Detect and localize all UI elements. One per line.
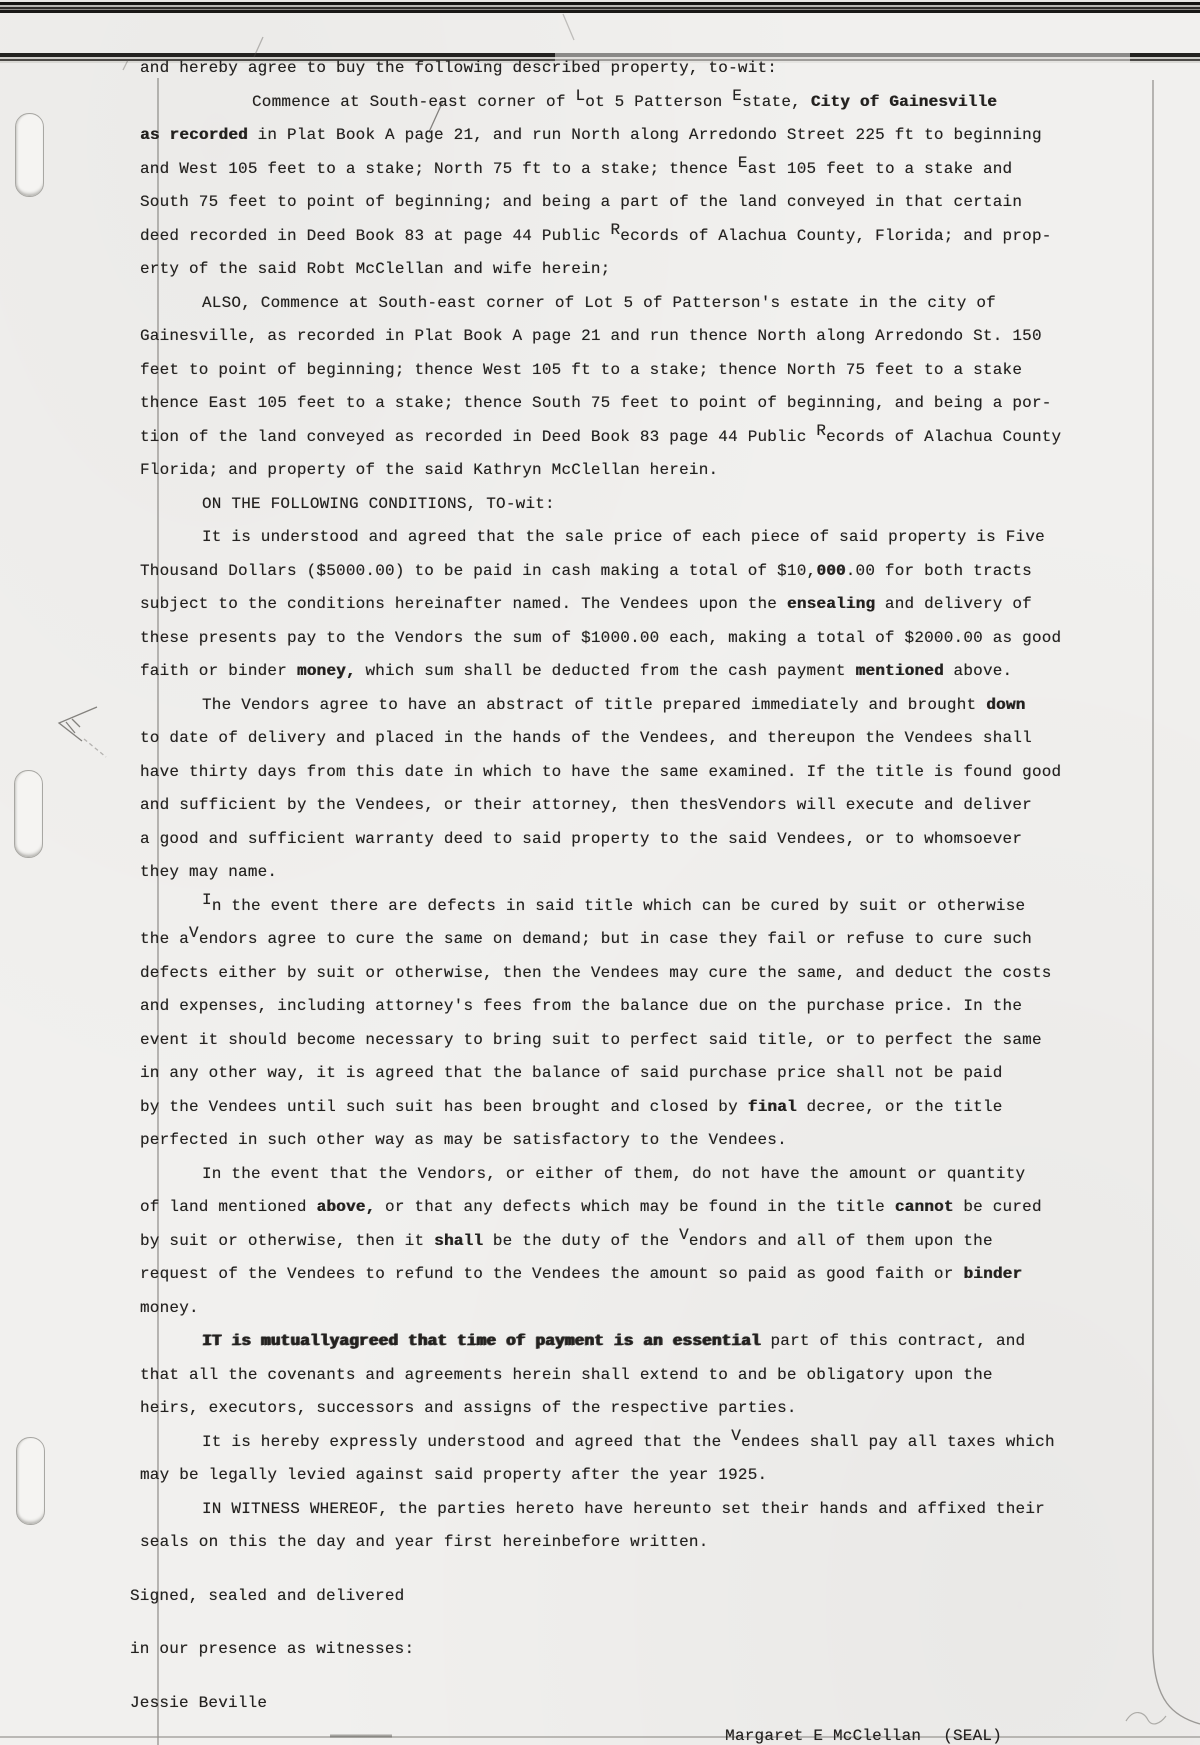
document-line: tion of the land conveyed as recorded in… [130, 421, 1050, 455]
punch-hole-bottom [16, 1437, 45, 1525]
document-line: and West 105 feet to a stake; North 75 f… [130, 153, 1050, 187]
document-line: Gainesville, as recorded in Plat Book A … [130, 320, 1050, 354]
document-line: The Vendors agree to have an abstract of… [130, 689, 1050, 723]
document-line: event it should become necessary to brin… [130, 1024, 1050, 1058]
signature-flourish-mark [1126, 1713, 1166, 1724]
party-signature-name: Margaret E McClellan [725, 1727, 921, 1745]
document-line: by the Vendees until such suit has been … [130, 1091, 1050, 1125]
document-line: Commence at South-east corner of Lot 5 P… [130, 86, 1050, 120]
document-line: It is hereby expressly understood and ag… [130, 1426, 1050, 1460]
party-signature: Margaret E McClellan(SEAL) [647, 1687, 1002, 1721]
document-line: seals on this the day and year first her… [130, 1526, 1050, 1560]
document-line: Florida; and property of the said Kathry… [130, 454, 1050, 488]
witness-signature: Jessie Beville [130, 1687, 267, 1721]
document-line: and sufficient by the Vendees, or their … [130, 789, 1050, 823]
document-line: in our presence as witnesses: [130, 1633, 1050, 1667]
right-margin-rule [1153, 80, 1200, 1724]
document-line: ALSO, Commence at South-east corner of L… [130, 287, 1050, 321]
document-line: heirs, executors, successors and assigns… [130, 1392, 1050, 1426]
document-line: and hereby agree to buy the following de… [130, 52, 1050, 86]
document-line: In the event that the Vendors, or either… [130, 1158, 1050, 1192]
seal-label: (SEAL) [943, 1727, 1002, 1745]
document-line: request of the Vendees to refund to the … [130, 1258, 1050, 1292]
document-line: money. [130, 1292, 1050, 1326]
document-line: faith or binder money, which sum shall b… [130, 655, 1050, 689]
scan-scratch-top [563, 14, 574, 40]
document-line: IT is mutuallyagreed that time of paymen… [130, 1325, 1050, 1359]
scan-edge-band-top [0, 0, 1200, 13]
document-line: feet to point of beginning; thence West … [130, 354, 1050, 388]
document-line: in any other way, it is agreed that the … [130, 1057, 1050, 1091]
document-line: as recorded in Plat Book A page 21, and … [130, 119, 1050, 153]
document-line: to date of delivery and placed in the ha… [130, 722, 1050, 756]
document-line: that all the covenants and agreements he… [130, 1359, 1050, 1393]
document-line: have thirty days from this date in which… [130, 756, 1050, 790]
document-line: they may name. [130, 856, 1050, 890]
document-text: and hereby agree to buy the following de… [130, 52, 1050, 1720]
document-line: the aVendors agree to cure the same on d… [130, 923, 1050, 957]
document-line: may be legally levied against said prope… [130, 1459, 1050, 1493]
document-line: subject to the conditions hereinafter na… [130, 588, 1050, 622]
document-line: In the event there are defects in said t… [130, 890, 1050, 924]
punch-hole-top [15, 113, 44, 197]
pencil-arrow-tail [84, 739, 106, 757]
document-line: by suit or otherwise, then it shall be t… [130, 1225, 1050, 1259]
document-line: a good and sufficient warranty deed to s… [130, 823, 1050, 857]
document-line: these presents pay to the Vendors the su… [130, 622, 1050, 656]
document-line: ON THE FOLLOWING CONDITIONS, TO-wit: [130, 488, 1050, 522]
document-line: It is understood and agreed that the sal… [130, 521, 1050, 555]
document-line: Signed, sealed and delivered [130, 1580, 1050, 1614]
document-line: and expenses, including attorney's fees … [130, 990, 1050, 1024]
document-line: erty of the said Robt McClellan and wife… [130, 253, 1050, 287]
document-line: thence East 105 feet to a stake; thence … [130, 387, 1050, 421]
document-line: South 75 feet to point of beginning; and… [130, 186, 1050, 220]
punch-hole-middle [14, 770, 43, 858]
document-line: defects either by suit or otherwise, the… [130, 957, 1050, 991]
document-line: perfected in such other way as may be sa… [130, 1124, 1050, 1158]
document-line: Thousand Dollars ($5000.00) to be paid i… [130, 555, 1050, 589]
document-line: deed recorded in Deed Book 83 at page 44… [130, 220, 1050, 254]
scanned-document-page: and hereby agree to buy the following de… [0, 0, 1200, 1745]
document-line: IN WITNESS WHEREOF, the parties hereto h… [130, 1493, 1050, 1527]
pencil-arrow-mark [59, 707, 97, 741]
document-line: of land mentioned above, or that any def… [130, 1191, 1050, 1225]
signature-row: Jessie Beville Margaret E McClellan(SEAL… [130, 1687, 1050, 1721]
